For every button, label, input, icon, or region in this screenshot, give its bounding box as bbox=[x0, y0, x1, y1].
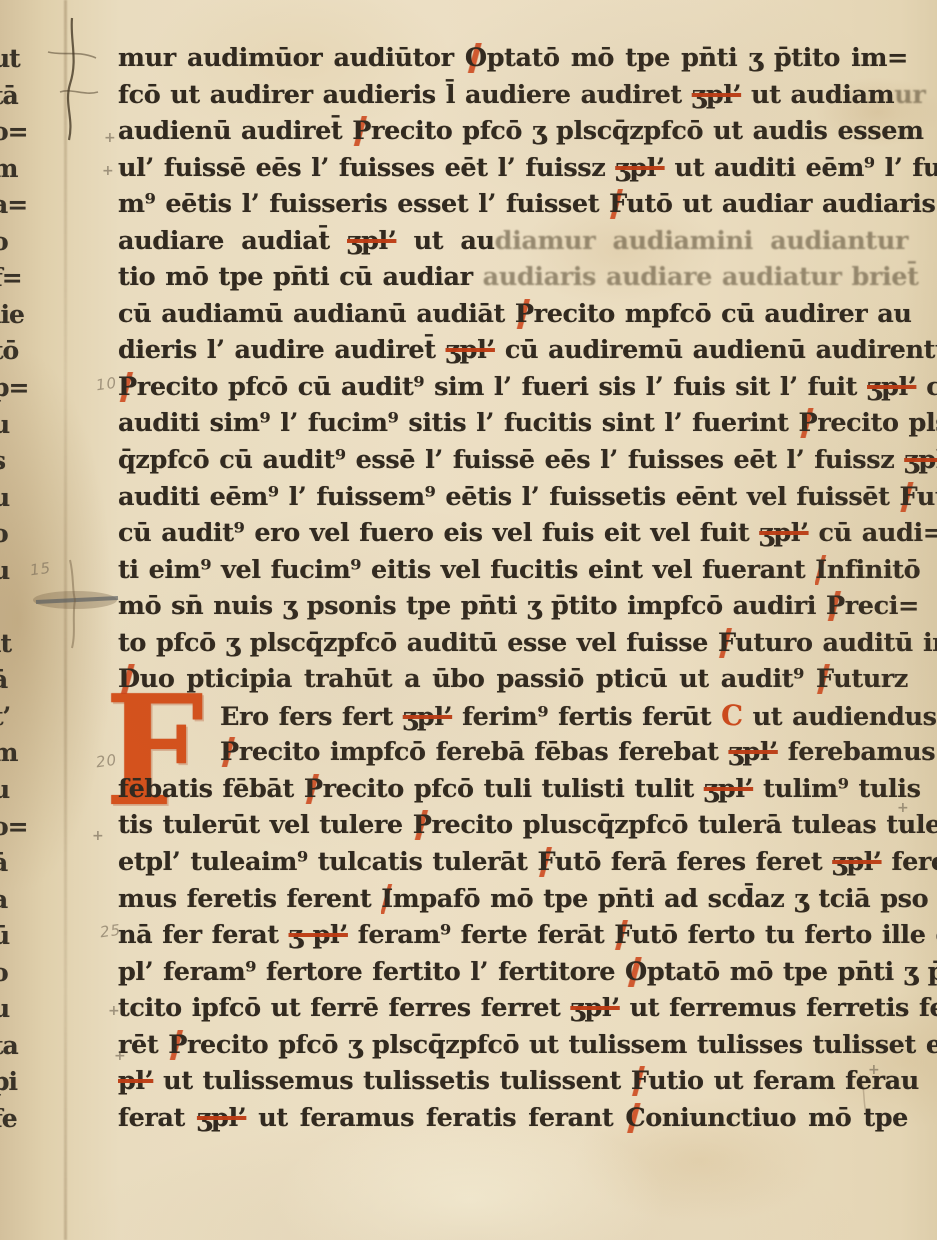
text-segment: fere bbox=[882, 847, 937, 877]
text-line: cū audiamū audianū audiāt Precito mpfcō … bbox=[118, 296, 908, 333]
text-line: ferat ʒpl’ ut feramus feratis ferant Con… bbox=[118, 1100, 908, 1137]
text-segment: recito impfcō ferebā fēbas ferebat bbox=[239, 737, 729, 767]
text-line: ul’ fuissē eēs l’ fuisses eēt l’ fuissz … bbox=[118, 150, 908, 187]
text-segment: auditi eēm⁹ l’ fuissem⁹ eētis l’ fuisset… bbox=[118, 482, 899, 512]
red-struck-abbreviation: ʒpl’ bbox=[904, 445, 937, 475]
text-segment: ptatō mō tpe pn̄ti ʒ p̄tito im= bbox=[487, 43, 908, 73]
text-line: Ero fers fert ʒpl’ ferim⁹ fertis ferūt C… bbox=[118, 698, 908, 735]
text-segment: cū audi= bbox=[809, 518, 937, 548]
text-line: auditi sim⁹ l’ fucim⁹ sitis l’ fucitis s… bbox=[118, 405, 908, 442]
gutter-letter-fragment: u bbox=[0, 483, 34, 512]
red-struck-abbreviation: ʒpl’ bbox=[615, 153, 664, 183]
text-segment: cū bbox=[916, 372, 937, 402]
text-line: etpl’ tuleaim⁹ tulcatis tulerāt Futō fer… bbox=[118, 844, 908, 881]
gutter-letter-fragment: ū bbox=[0, 921, 34, 950]
text-segment: ferebamus bbox=[778, 737, 935, 767]
gutter-letter-fragment: o= bbox=[0, 812, 34, 841]
text-segment: cū audit⁹ ero vel fuero eis vel fuis eit… bbox=[118, 518, 759, 548]
gutter-letter-fragment: p= bbox=[0, 373, 34, 402]
text-segment: P bbox=[799, 408, 818, 438]
text-segment: fcō ut audirer audieris l̄ audiere audir… bbox=[118, 80, 692, 110]
gutter-letter-fragment: t’ bbox=[0, 702, 34, 731]
text-segment: nā fer ferat bbox=[118, 920, 289, 950]
pencil-cross-mark: + bbox=[104, 130, 116, 146]
text-segment: ut feramus feratis ferant bbox=[246, 1103, 625, 1133]
text-segment: audiare audiat̄ bbox=[118, 226, 347, 256]
text-line: auditi eēm⁹ l’ fuissem⁹ eētis l’ fuisset… bbox=[118, 479, 908, 516]
gutter-letter-fragment: u bbox=[0, 410, 34, 439]
text-segment: F bbox=[614, 920, 631, 950]
text-segment: utō ferā feres feret bbox=[555, 847, 832, 877]
pencil-cross-mark: + bbox=[102, 163, 114, 179]
text-segment: uturz bbox=[833, 664, 908, 694]
text-line: tio mō tpe pn̄ti cū audiar audiaris audi… bbox=[118, 259, 908, 296]
gutter-letter-fragment: ut bbox=[0, 44, 34, 73]
text-segment: F bbox=[899, 482, 916, 512]
text-segment: tulim⁹ tulis bbox=[753, 774, 920, 804]
text-segment: Ero fers fert bbox=[220, 702, 403, 732]
red-struck-abbreviation: ʒpl’ bbox=[759, 518, 808, 548]
text-segment: P bbox=[515, 299, 534, 329]
text-segment: P bbox=[220, 737, 239, 767]
text-line: audiare audiat̄ ʒpl’ ut audiamur audiami… bbox=[118, 223, 908, 260]
gutter-letter-fragment: tā bbox=[0, 81, 34, 110]
text-segment: recito pfcō ʒ plscq̄zpfcō ut audis essem bbox=[371, 116, 924, 146]
paragraph-mark: C bbox=[721, 700, 743, 732]
text-segment: reci= bbox=[845, 591, 919, 621]
gutter-letter-fragment: a= bbox=[0, 190, 34, 219]
text-segment: F bbox=[609, 189, 626, 219]
text-segment: ul’ fuissē eēs l’ fuisses eēt l’ fuissz bbox=[118, 153, 615, 183]
text-line: audienū audiret̄ Precito pfcō ʒ plscq̄zp… bbox=[118, 113, 908, 150]
pencil-cross-mark: + bbox=[92, 828, 104, 844]
red-struck-abbreviation: ʒpl’ bbox=[446, 335, 495, 365]
text-segment: etpl’ tuleaim⁹ tulcatis tulerāt bbox=[118, 847, 538, 877]
text-segment: audiaris audiare audiatur briet̄ bbox=[483, 262, 919, 292]
gutter-letter-fragment: s bbox=[0, 446, 34, 475]
text-segment: m⁹ eētis l’ fuisseris esset l’ fuisset bbox=[118, 189, 609, 219]
text-segment: oniunctiuo mō tpe bbox=[645, 1103, 908, 1133]
gutter-letter-fragment: o= bbox=[0, 117, 34, 146]
gutter-letter-fragment: fe bbox=[0, 1104, 34, 1133]
text-line: m⁹ eētis l’ fuisseris esset l’ fuisset F… bbox=[118, 186, 908, 223]
text-segment: I bbox=[815, 555, 827, 585]
text-segment: P bbox=[168, 1030, 187, 1060]
text-segment: ferat bbox=[118, 1103, 197, 1133]
red-struck-abbreviation: ʒpl’ bbox=[704, 774, 753, 804]
text-segment: O bbox=[625, 957, 647, 987]
text-segment: F bbox=[816, 664, 833, 694]
gutter-letter-fragment: ā bbox=[0, 665, 34, 694]
gutter-letter-fragment: pi bbox=[0, 1067, 34, 1096]
text-segment: ut auditi eēm⁹ l’ fuisse= bbox=[665, 153, 937, 183]
text-segment: recito mpfcō cū audirer au bbox=[534, 299, 912, 329]
gutter-letter-fragment: ā bbox=[0, 848, 34, 877]
text-segment: recito pluscq̄zpfcō tulerā tuleas tuleat bbox=[432, 810, 937, 840]
text-segment: recito pls̄= bbox=[817, 408, 937, 438]
pencil-cross-mark: + bbox=[868, 1062, 880, 1078]
gutter-letter-fragment: o bbox=[0, 519, 34, 548]
text-segment: nfinitō bbox=[827, 555, 920, 585]
text-segment: dieris l’ audire audiret̄ bbox=[118, 335, 446, 365]
text-segment: O bbox=[465, 43, 487, 73]
text-segment: recito pfcō cū audit⁹ sim l’ fueri sis l… bbox=[137, 372, 867, 402]
text-line: rēt Precito pfcō ʒ plscq̄zpfcō ut tuliss… bbox=[118, 1027, 908, 1064]
text-segment: q̄zpfcō cū audit⁹ essē l’ fuissē eēs l’ … bbox=[118, 445, 904, 475]
red-struck-abbreviation: ʒ pl’ bbox=[289, 920, 348, 950]
manuscript-page: uttāo=ma=of=lietōp=usuouitāt’muo=āaūouta… bbox=[0, 0, 937, 1240]
pencil-number: 25 bbox=[99, 921, 122, 942]
text-segment: audienū audiret̄ bbox=[118, 116, 352, 146]
gutter-letter-fragment: lie bbox=[0, 300, 34, 329]
text-segment: ut audiendus bbox=[743, 702, 937, 732]
red-struck-abbreviation: ʒpl’ bbox=[403, 702, 452, 732]
text-segment: ut audiam bbox=[741, 80, 894, 110]
text-segment: ut au bbox=[396, 226, 494, 256]
text-line: Duo pticipia trahūt a ūbo passiō pticū u… bbox=[118, 661, 908, 698]
text-segment: tis tulerūt vel tulere bbox=[118, 810, 413, 840]
gutter-letter-fragment: o bbox=[0, 227, 34, 256]
text-segment: to pfcō ʒ plscq̄zpfcō auditū esse vel fu… bbox=[118, 628, 718, 658]
text-segment: feram⁹ ferte ferāt bbox=[348, 920, 614, 950]
red-struck-abbreviation: ʒpl’ bbox=[728, 737, 777, 767]
gutter-letter-fragment: m bbox=[0, 738, 34, 767]
gutter-letter-fragment: it bbox=[0, 629, 34, 658]
pencil-number: 10 bbox=[95, 374, 118, 395]
gutter-letter-fragment: m bbox=[0, 154, 34, 183]
text-segment: fēbatis fēbāt bbox=[118, 774, 304, 804]
text-segment: mō sn̄ nuis ʒ psonis tpe pn̄ti ʒ p̄tito … bbox=[118, 591, 826, 621]
text-line: Precito pfcō cū audit⁹ sim l’ fueri sis … bbox=[118, 369, 908, 406]
text-line: Precito impfcō ferebā fēbas ferebat ʒpl’… bbox=[118, 734, 908, 771]
gutter-letter-fragment: f= bbox=[0, 263, 34, 292]
text-segment: utō ut audiar audiaris ul’ bbox=[626, 189, 937, 219]
text-segment: P bbox=[352, 116, 371, 146]
text-segment: mus feretis ferent bbox=[118, 884, 381, 914]
text-line: fēbatis fēbāt Precito pfcō tuli tulisti … bbox=[118, 771, 908, 808]
gutter-letter-fragment: u bbox=[0, 994, 34, 1023]
pencil-cross-mark: + bbox=[897, 800, 909, 816]
pencil-number: 20 bbox=[95, 751, 118, 772]
text-segment: F bbox=[631, 1066, 648, 1096]
text-segment: D bbox=[118, 664, 140, 694]
red-struck-abbreviation: ʒpl’ bbox=[692, 80, 741, 110]
red-struck-abbreviation: pl’ bbox=[118, 1066, 153, 1096]
text-line: q̄zpfcō cū audit⁹ essē l’ fuissē eēs l’ … bbox=[118, 442, 908, 479]
text-block: mur audimūor audiūtor Optatō mō tpe pn̄t… bbox=[118, 40, 908, 1136]
text-segment: ur bbox=[894, 80, 925, 110]
red-struck-abbreviation: ʒpl’ bbox=[867, 372, 916, 402]
text-segment: diamur audiamini audiantur bbox=[495, 226, 908, 256]
text-line: nā fer ferat ʒ pl’ feram⁹ ferte ferāt Fu… bbox=[118, 917, 908, 954]
text-segment: F bbox=[718, 628, 735, 658]
text-segment: cū audiamū audianū audiāt bbox=[118, 299, 515, 329]
gutter-letter-fragment: u bbox=[0, 556, 34, 585]
text-segment: tcito ipfcō ut ferrē ferres ferret bbox=[118, 993, 570, 1023]
text-segment: C bbox=[625, 1103, 645, 1133]
red-struck-abbreviation: ʒpl’ bbox=[197, 1103, 246, 1133]
text-segment: P bbox=[118, 372, 137, 402]
text-line: mus feretis ferent Impafō mō tpe pn̄ti a… bbox=[118, 881, 908, 918]
pencil-cross-mark: + bbox=[114, 1048, 126, 1064]
text-segment: cū audiremū audienū audirentur bbox=[495, 335, 937, 365]
text-line: mō sn̄ nuis ʒ psonis tpe pn̄ti ʒ p̄tito … bbox=[118, 588, 908, 625]
text-line: tis tulerūt vel tulere Precito pluscq̄zp… bbox=[118, 807, 908, 844]
text-line: pl’ feram⁹ fertore fertito l’ fertitore … bbox=[118, 954, 908, 991]
text-segment: uo pticipia trahūt a ūbo passiō pticū ut… bbox=[140, 664, 816, 694]
text-segment: ptatō mō tpe pn̄ti ʒ p̄ bbox=[647, 957, 937, 987]
text-segment: mpafō mō tpe pn̄ti ad scd̄az ʒ tciā pso bbox=[393, 884, 928, 914]
red-struck-abbreviation: ʒpl’ bbox=[347, 226, 396, 256]
text-segment: ferim⁹ fertis ferūt bbox=[452, 702, 721, 732]
pencil-number: 15 bbox=[29, 559, 52, 580]
text-segment: pl’ feram⁹ fertore fertito l’ fertitore bbox=[118, 957, 625, 987]
pencil-cross-mark: + bbox=[108, 1003, 120, 1019]
gutter-edge-text: uttāo=ma=of=lietōp=usuouitāt’muo=āaūouta… bbox=[0, 0, 38, 1240]
gutter-letter-fragment: ta bbox=[0, 1031, 34, 1060]
text-line: dieris l’ audire audiret̄ ʒpl’ cū audire… bbox=[118, 332, 908, 369]
gutter-letter-fragment: tō bbox=[0, 336, 34, 365]
text-segment: utio bbox=[917, 482, 937, 512]
text-segment: ut ferremus ferretis fer bbox=[620, 993, 937, 1023]
text-segment: recito pfcō tuli tulisti tulit bbox=[323, 774, 704, 804]
text-line: pl’ ut tulissemus tulissetis tulissent F… bbox=[118, 1063, 908, 1100]
text-segment: auditi sim⁹ l’ fucim⁹ sitis l’ fucitis s… bbox=[118, 408, 799, 438]
gutter-letter-fragment: u bbox=[0, 775, 34, 804]
text-segment: tio mō tpe pn̄ti cū audiar bbox=[118, 262, 483, 292]
gutter-crease bbox=[64, 0, 67, 1240]
text-line: cū audit⁹ ero vel fuero eis vel fuis eit… bbox=[118, 515, 908, 552]
text-segment: ti eim⁹ vel fucim⁹ eitis vel fucitis ein… bbox=[118, 555, 815, 585]
text-line: to pfcō ʒ plscq̄zpfcō auditū esse vel fu… bbox=[118, 625, 908, 662]
gutter-letter-fragment: o bbox=[0, 958, 34, 987]
text-line: mur audimūor audiūtor Optatō mō tpe pn̄t… bbox=[118, 40, 908, 77]
text-line: ti eim⁹ vel fucim⁹ eitis vel fucitis ein… bbox=[118, 552, 908, 589]
red-struck-abbreviation: ʒpl’ bbox=[570, 993, 619, 1023]
text-segment: utō ferto tu ferto ille et bbox=[631, 920, 937, 950]
text-segment: P bbox=[304, 774, 323, 804]
text-segment: P bbox=[826, 591, 845, 621]
text-line: tcito ipfcō ut ferrē ferres ferret ʒpl’ … bbox=[118, 990, 908, 1027]
text-segment: F bbox=[538, 847, 555, 877]
text-segment: recito pfcō ʒ plscq̄zpfcō ut tulissem tu… bbox=[187, 1030, 937, 1060]
red-struck-abbreviation: ʒpl’ bbox=[832, 847, 881, 877]
text-segment: ut tulissemus tulissetis tulissent bbox=[153, 1066, 631, 1096]
text-segment: I bbox=[381, 884, 393, 914]
text-segment: P bbox=[413, 810, 432, 840]
text-line: fcō ut audirer audieris l̄ audiere audir… bbox=[118, 77, 908, 114]
text-segment: uturo auditū iri bbox=[735, 628, 937, 658]
gutter-letter-fragment: a bbox=[0, 885, 34, 914]
text-segment: mur audimūor audiūtor bbox=[118, 43, 465, 73]
